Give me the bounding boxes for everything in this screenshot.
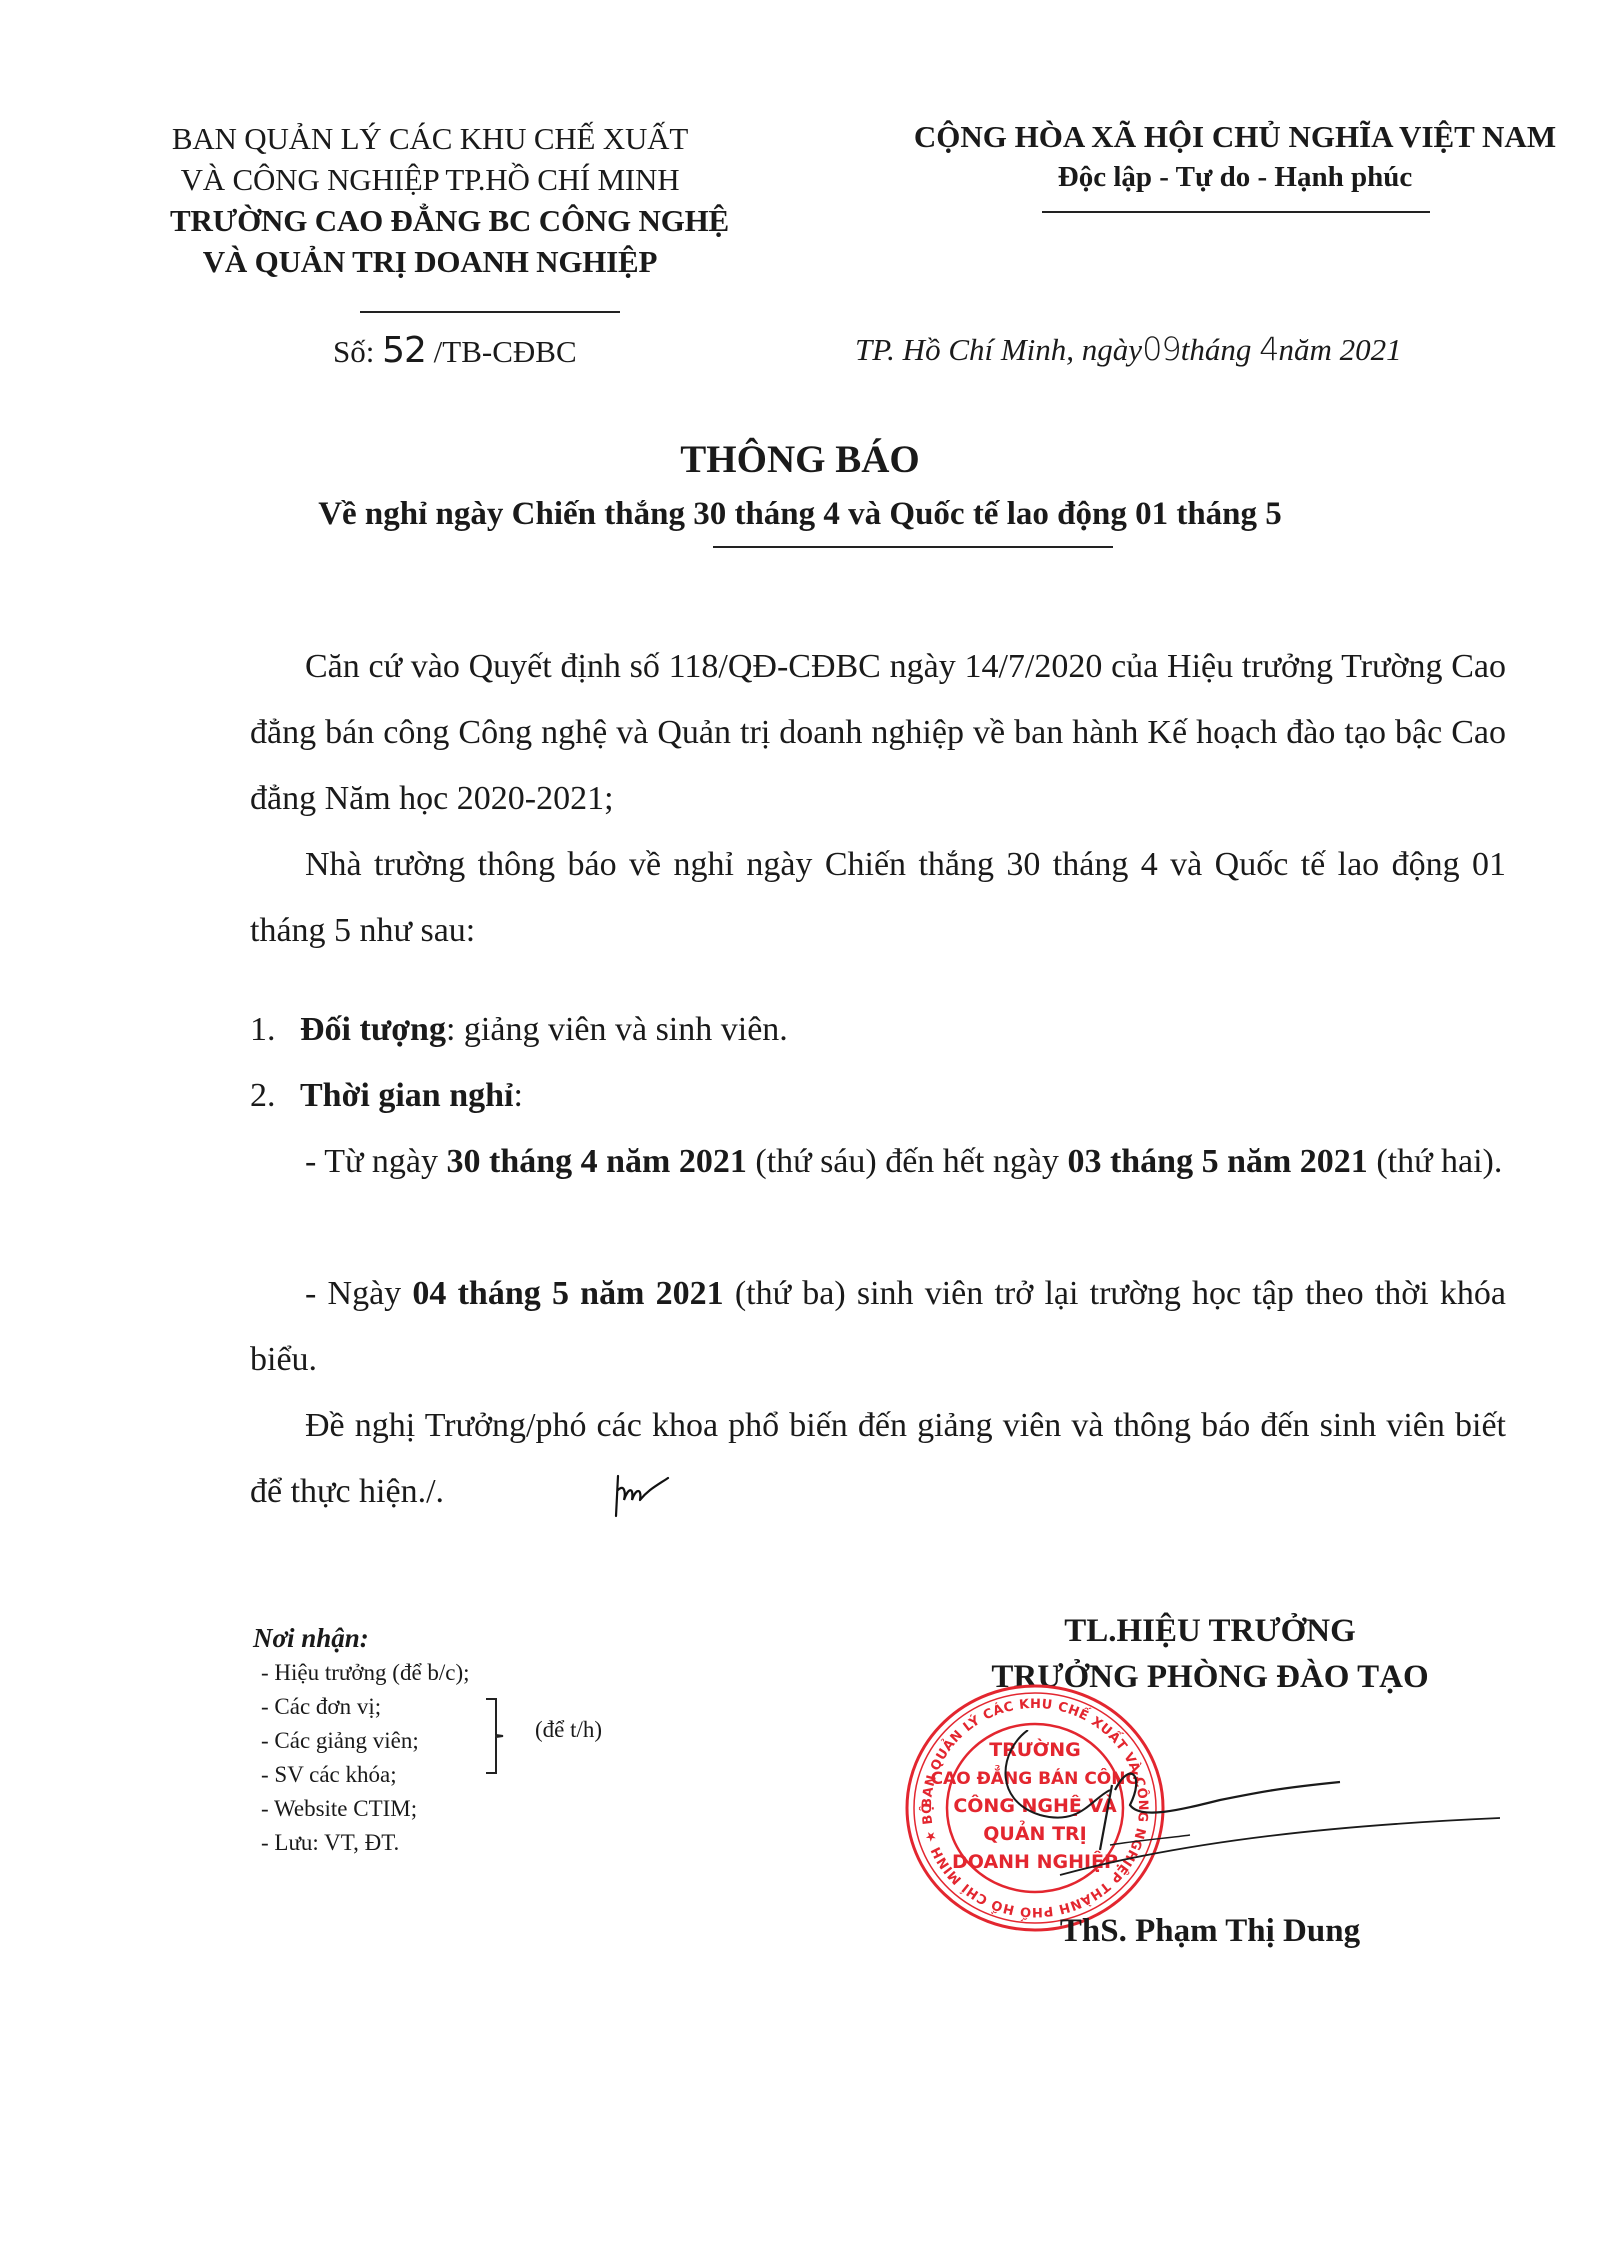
document-title: THÔNG BÁO — [0, 437, 1600, 482]
document-number-suffix: /TB-CĐBC — [426, 334, 577, 369]
recipient-item: - Website CTIM; — [253, 1792, 470, 1826]
document-date: TP. Hồ Chí Minh, ngày09tháng 4năm 2021 — [855, 330, 1402, 368]
list-item-audience: 1.Đối tượng: giảng viên và sinh viên. — [250, 997, 788, 1063]
recipients-group-note: (để t/h) — [535, 1717, 602, 1743]
recipient-item: - Hiệu trưởng (để b/c); — [253, 1656, 470, 1690]
text: (thứ hai). — [1368, 1143, 1503, 1180]
date-year: năm 2021 — [1279, 332, 1402, 367]
agency-underline — [360, 311, 620, 313]
school-line-1: TRƯỜNG CAO ĐẲNG BC CÔNG NGHỆ — [170, 200, 690, 241]
agency-line-1: BAN QUẢN LÝ CÁC KHU CHẾ XUẤT — [170, 118, 690, 159]
recipients-label: Nơi nhận: — [253, 1620, 470, 1656]
text: - Từ ngày — [305, 1143, 447, 1180]
paragraph-legal-basis: Căn cứ vào Quyết định số 118/QĐ-CĐBC ngà… — [250, 634, 1506, 832]
list-text: : — [513, 1077, 522, 1114]
recipient-item: - Các giảng viên; — [253, 1724, 470, 1758]
document-number: Số: 52 /TB-CĐBC — [333, 330, 577, 371]
motto-underline — [1042, 211, 1430, 213]
paragraph-announcement: Nhà trường thông báo về nghỉ ngày Chiến … — [250, 832, 1506, 964]
school-line-2: VÀ QUẢN TRỊ DOANH NGHIỆP — [170, 241, 690, 282]
return-date-value: 04 tháng 5 năm 2021 — [412, 1275, 723, 1312]
document-number-handwritten: 52 — [382, 330, 426, 371]
list-number: 2. — [250, 1063, 300, 1129]
recipients-block: Nơi nhận: - Hiệu trưởng (để b/c); - Các … — [253, 1620, 470, 1860]
return-date: - Ngày 04 tháng 5 năm 2021 (thứ ba) sinh… — [250, 1261, 1506, 1393]
recipient-item: - Lưu: VT, ĐT. — [253, 1826, 470, 1860]
right-brace-icon — [484, 1697, 504, 1775]
date-day-handwritten: 09 — [1142, 330, 1181, 368]
date-place: TP. Hồ Chí Minh, ngày — [855, 332, 1142, 367]
initials-mark-icon — [612, 1470, 672, 1520]
document-subtitle: Về nghỉ ngày Chiến thắng 30 tháng 4 và Q… — [0, 496, 1600, 533]
holiday-start-date: 30 tháng 4 năm 2021 — [447, 1143, 747, 1180]
date-month-label: tháng — [1181, 332, 1259, 367]
holiday-end-date: 03 tháng 5 năm 2021 — [1067, 1143, 1367, 1180]
title-underline — [713, 546, 1113, 548]
national-header: CỘNG HÒA XÃ HỘI CHỦ NGHĨA VIỆT NAM Độc l… — [870, 116, 1600, 198]
list-item-holiday-period: 2.Thời gian nghỉ: — [250, 1063, 523, 1129]
recipient-item: - SV các khóa; — [253, 1758, 470, 1792]
handwritten-signature-icon — [940, 1730, 1500, 1900]
recipient-item: - Các đơn vị; — [253, 1690, 470, 1724]
list-label: Đối tượng — [300, 1011, 446, 1048]
text: - Ngày — [305, 1275, 412, 1312]
agency-line-2: VÀ CÔNG NGHIỆP TP.HỒ CHÍ MINH — [170, 159, 690, 200]
list-text: : giảng viên và sinh viên. — [446, 1011, 788, 1048]
list-label: Thời gian nghỉ — [300, 1077, 513, 1114]
text: (thứ sáu) đến hết ngày — [747, 1143, 1068, 1180]
signer-name: ThS. Phạm Thị Dung — [960, 1913, 1460, 1950]
country-name: CỘNG HÒA XÃ HỘI CHỦ NGHĨA VIỆT NAM — [870, 116, 1600, 157]
paragraph-request: Đề nghị Trưởng/phó các khoa phổ biến đến… — [250, 1393, 1506, 1525]
national-motto: Độc lập - Tự do - Hạnh phúc — [870, 157, 1600, 198]
list-number: 1. — [250, 997, 300, 1063]
date-month-handwritten: 4 — [1259, 330, 1278, 368]
issuing-agency-header: BAN QUẢN LÝ CÁC KHU CHẾ XUẤT VÀ CÔNG NGH… — [170, 118, 690, 282]
document-number-prefix: Số: — [333, 334, 382, 369]
signer-authority: TL.HIỆU TRƯỞNG — [960, 1608, 1460, 1654]
holiday-range: - Từ ngày 30 tháng 4 năm 2021 (thứ sáu) … — [250, 1129, 1506, 1195]
